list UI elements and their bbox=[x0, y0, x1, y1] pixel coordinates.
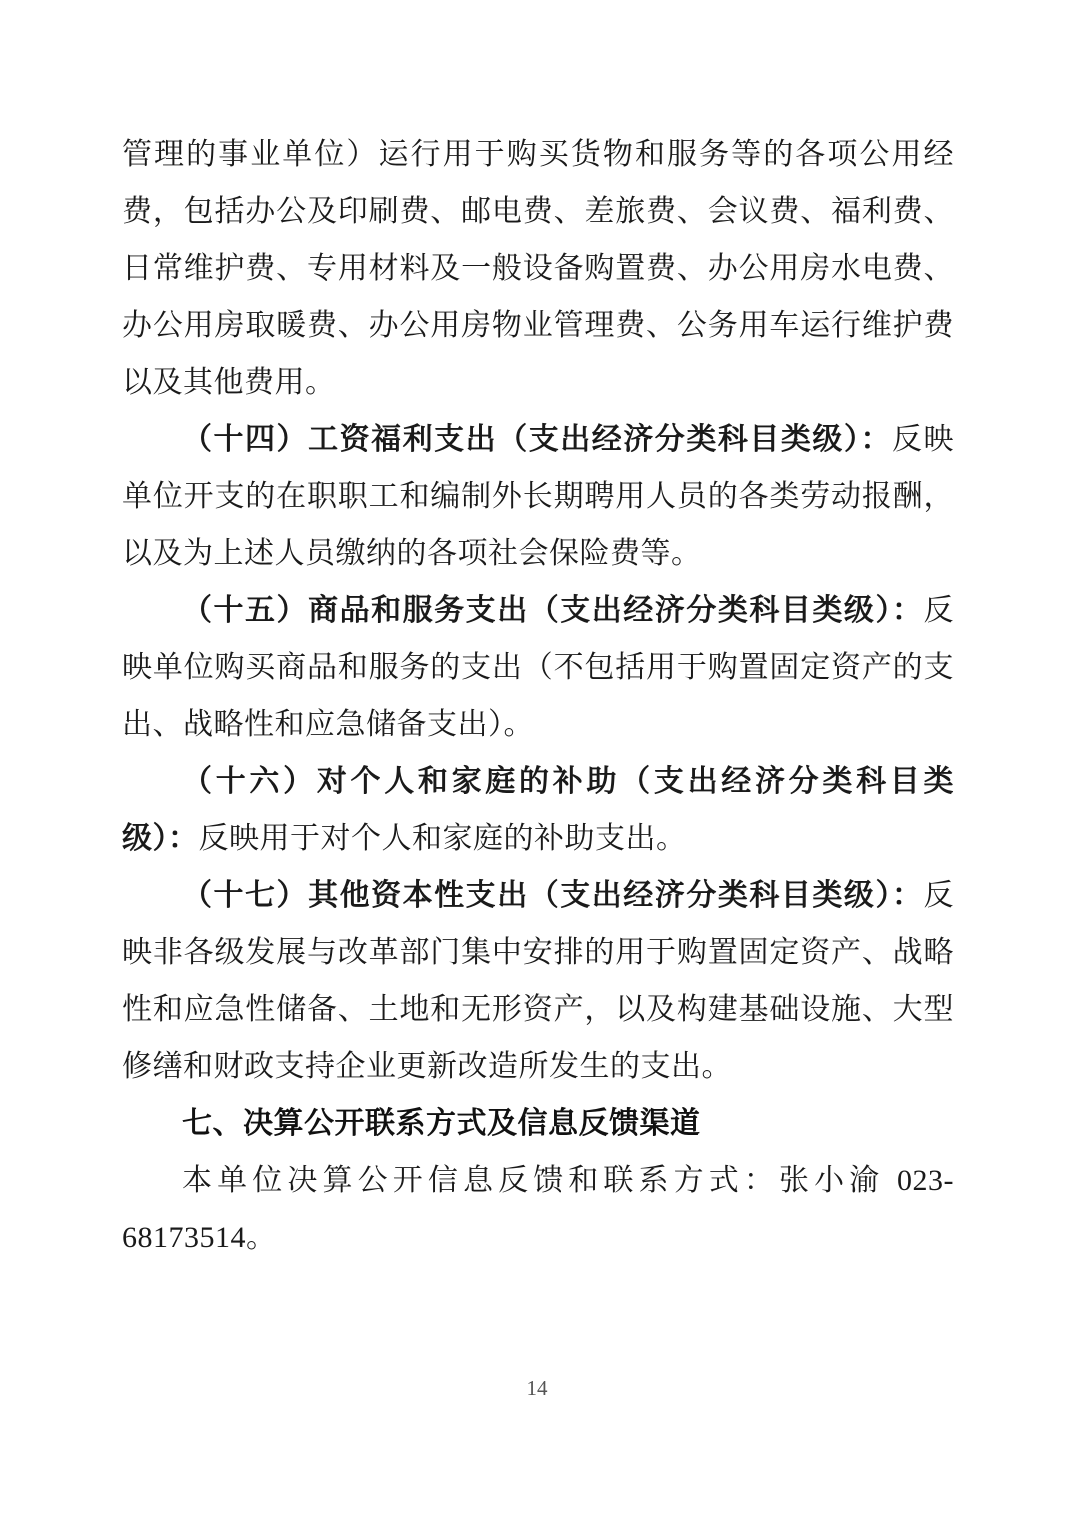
paragraph-lead: （十四）工资福利支出（支出经济分类科目类级）： bbox=[182, 423, 892, 456]
paragraph-lead: （十七）其他资本性支出（支出经济分类科目类级）： bbox=[182, 879, 924, 912]
document-body: 管理的事业单位）运行用于购买货物和服务等的各项公用经费，包括办公及印刷费、邮电费… bbox=[122, 126, 954, 1266]
section-heading: 七、决算公开联系方式及信息反馈渠道 bbox=[122, 1095, 954, 1152]
paragraph-text: 反映用于对个人和家庭的补助支出。 bbox=[199, 822, 687, 855]
page-number: 14 bbox=[0, 1376, 1074, 1401]
paragraph-continuation: 管理的事业单位）运行用于购买货物和服务等的各项公用经费，包括办公及印刷费、邮电费… bbox=[122, 126, 954, 411]
paragraph-lead: （十五）商品和服务支出（支出经济分类科目类级）： bbox=[182, 594, 924, 627]
document-page: 管理的事业单位）运行用于购买货物和服务等的各项公用经费，包括办公及印刷费、邮电费… bbox=[0, 0, 1074, 1520]
paragraph-item-15: （十五）商品和服务支出（支出经济分类科目类级）：反映单位购买商品和服务的支出（不… bbox=[122, 582, 954, 753]
paragraph-contact: 本单位决算公开信息反馈和联系方式：张小渝 023-68173514。 bbox=[122, 1152, 954, 1266]
paragraph-item-14: （十四）工资福利支出（支出经济分类科目类级）：反映单位开支的在职职工和编制外长期… bbox=[122, 411, 954, 582]
contact-text: 本单位决算公开信息反馈和联系方式：张小渝 023-68173514。 bbox=[122, 1164, 954, 1254]
paragraph-item-17: （十七）其他资本性支出（支出经济分类科目类级）：反映非各级发展与改革部门集中安排… bbox=[122, 867, 954, 1095]
paragraph-text: 管理的事业单位）运行用于购买货物和服务等的各项公用经费，包括办公及印刷费、邮电费… bbox=[122, 138, 954, 399]
paragraph-item-16: （十六）对个人和家庭的补助（支出经济分类科目类级）：反映用于对个人和家庭的补助支… bbox=[122, 753, 954, 867]
